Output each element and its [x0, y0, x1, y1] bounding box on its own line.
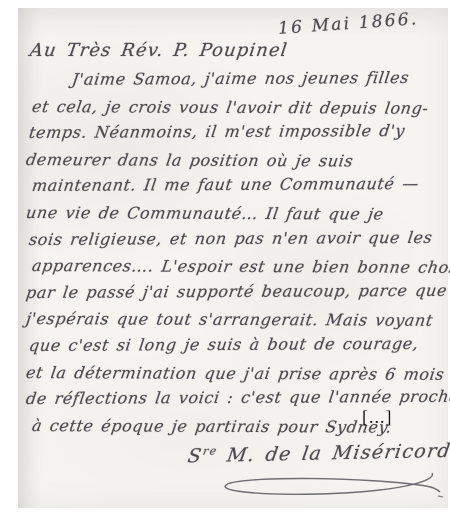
- letter-line: maintenant. Il me faut une Communauté —: [24, 171, 444, 200]
- letter-line: J'aime Samoa, j'aime nos jeunes filles: [24, 65, 444, 94]
- signature-superscript: re: [202, 444, 218, 457]
- letter-line: sois religieuse, et non pas n'en avoir q…: [24, 224, 444, 253]
- editorial-ellipsis: [...]: [362, 407, 393, 428]
- letter-scan: 16 Mai 1866. Au Très Rév. P. Poupinel J'…: [0, 0, 450, 520]
- signature-flourish: [196, 468, 444, 504]
- signature-name: M. de la Miséricorde: [225, 440, 450, 467]
- letter-line: que c'est si long je suis à bout de cour…: [24, 331, 444, 360]
- letter-body: J'aime Samoa, j'aime nos jeunes filleset…: [26, 67, 442, 439]
- salutation: Au Très Rév. P. Poupinel: [29, 40, 290, 61]
- letter-line: par le passé j'ai supporté beaucoup, par…: [24, 278, 444, 307]
- letter-line: temps. Néanmoins, il m'est impossible d'…: [24, 118, 444, 147]
- letter-line: une vie de Communauté… Il faut que je: [24, 200, 444, 228]
